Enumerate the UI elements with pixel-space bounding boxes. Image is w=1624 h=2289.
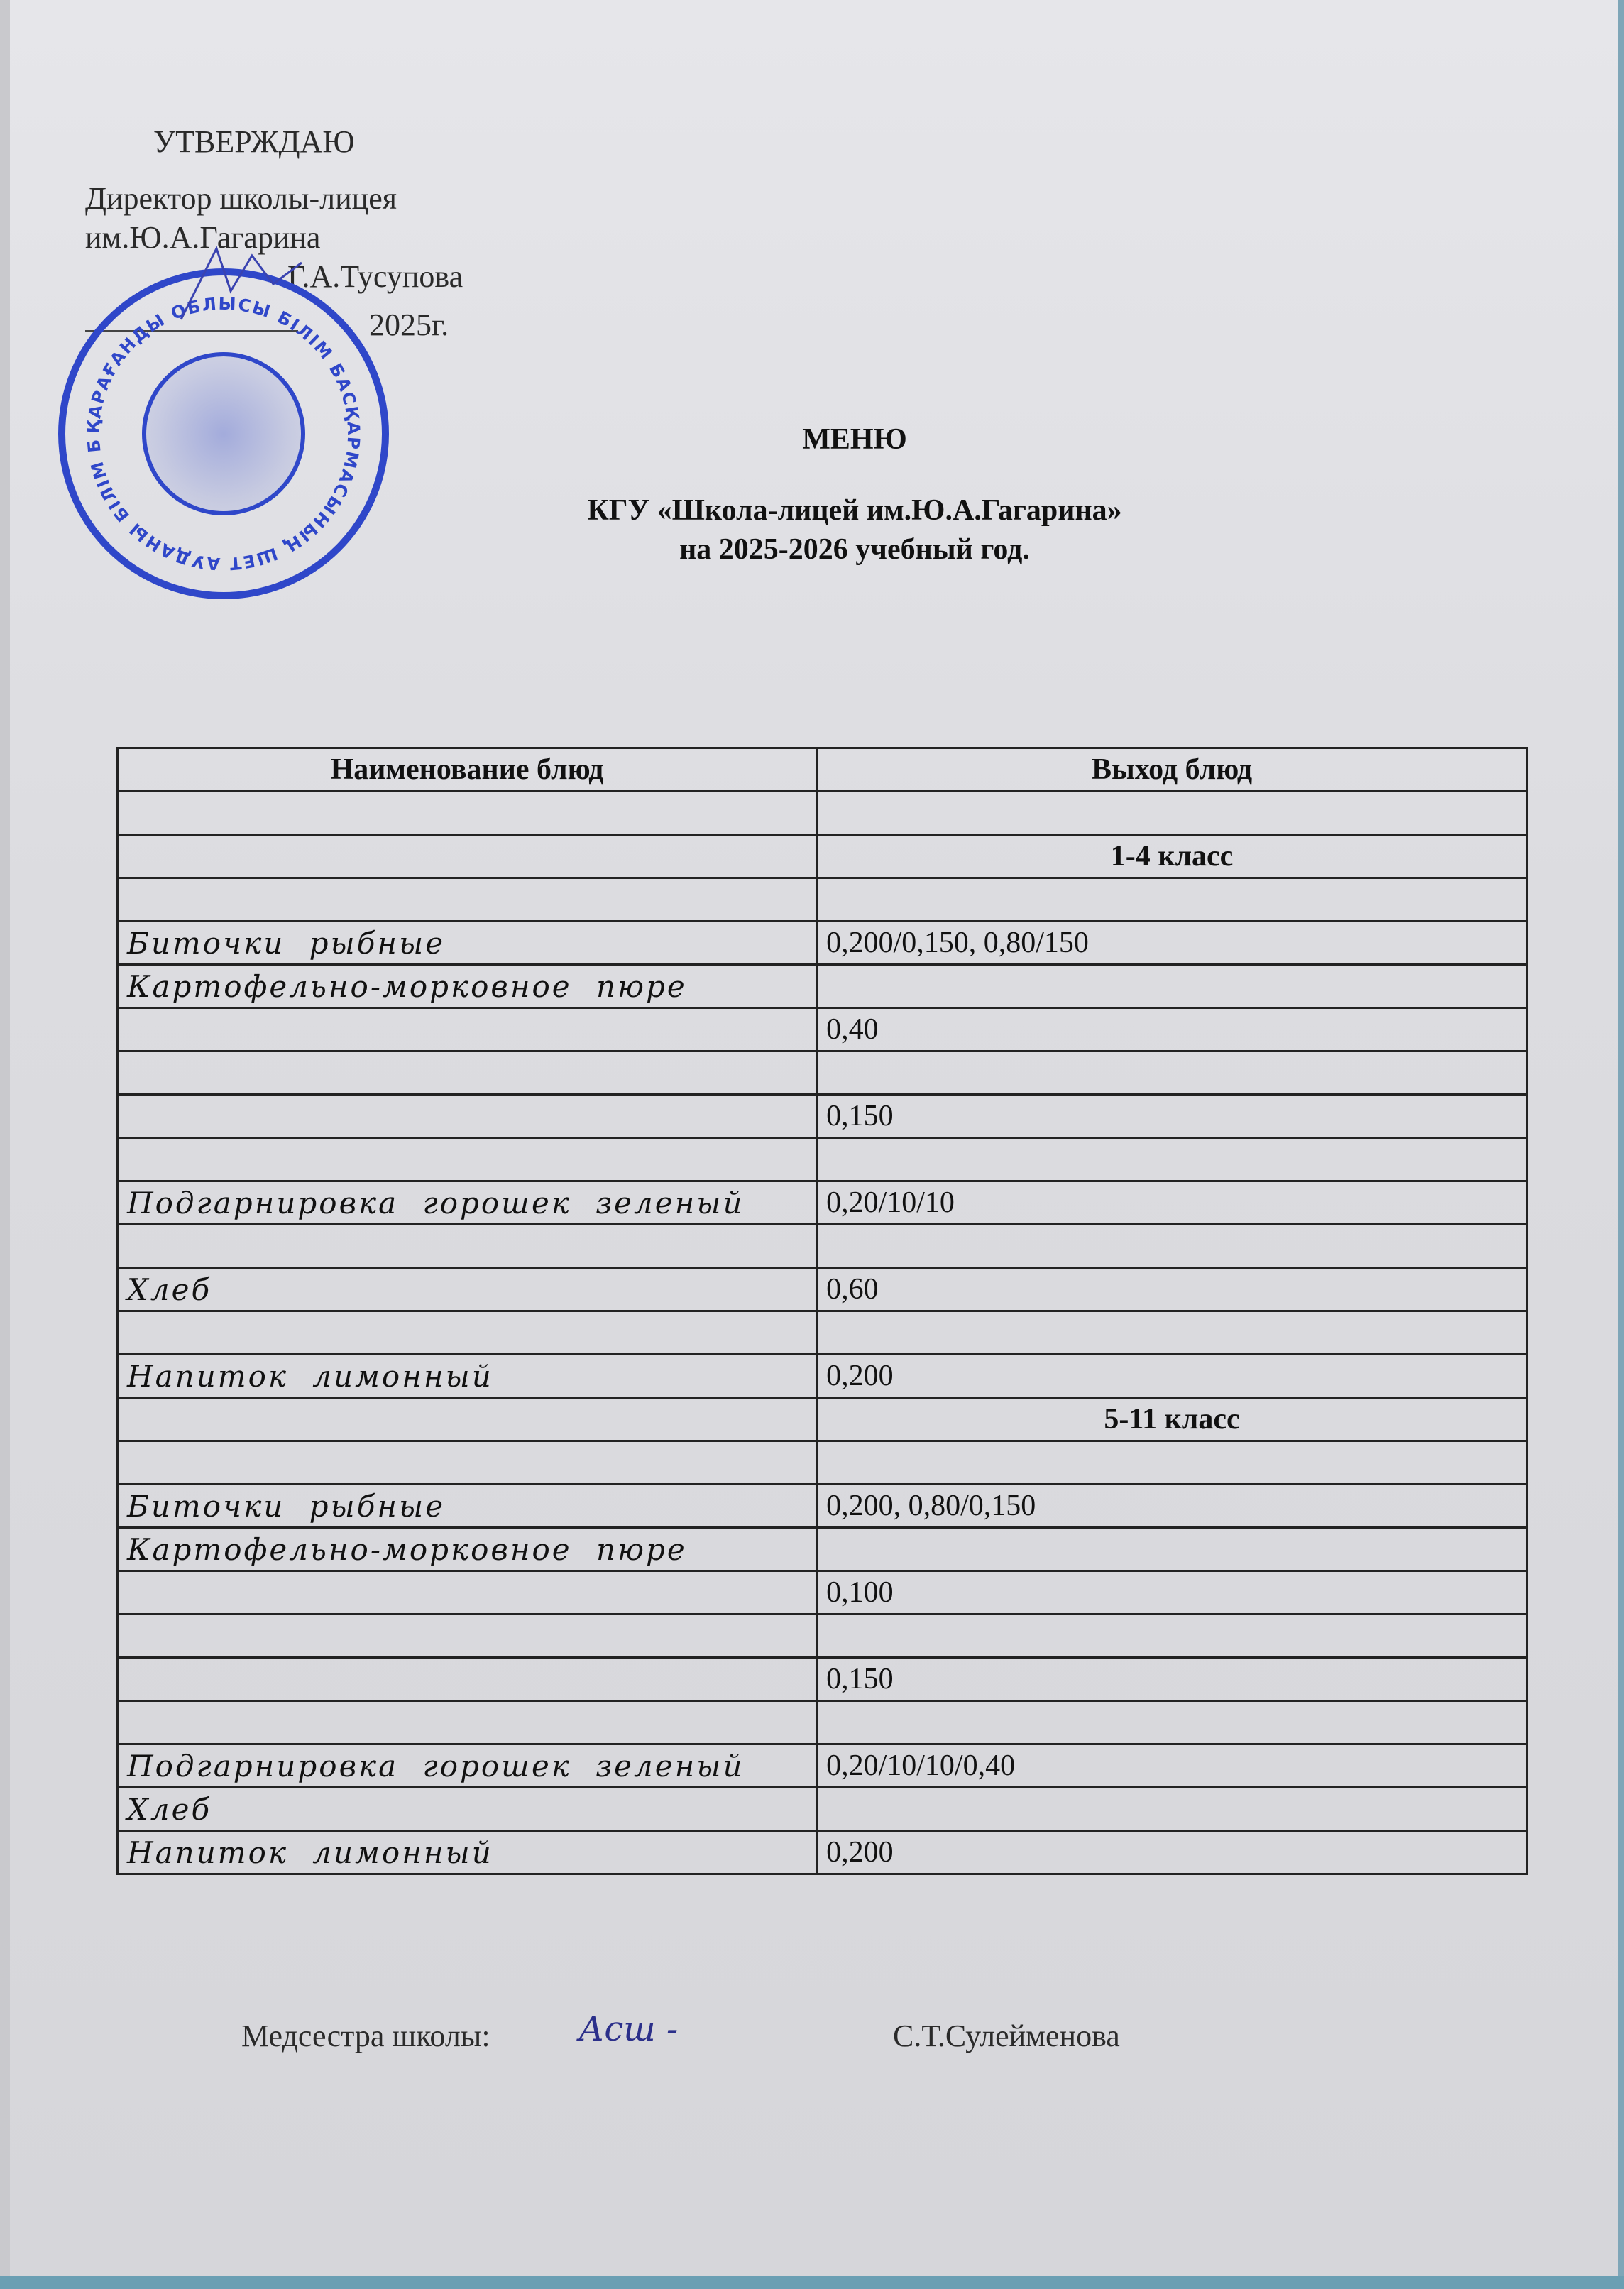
- table-row: [118, 1051, 1527, 1095]
- table-row: Подгарнировка горошек зеленый0,20/10/10: [118, 1181, 1527, 1225]
- table-row: Напиток лимонный0,200: [118, 1355, 1527, 1398]
- portion-cell: [817, 1311, 1527, 1355]
- table-row: Хлеб: [118, 1788, 1527, 1831]
- table-row: 0,40: [118, 1008, 1527, 1051]
- dish-name-cell: Картофельно-морковное пюре: [118, 965, 817, 1008]
- portion-cell: 0,20/10/10/0,40: [817, 1744, 1527, 1788]
- table-row: 0,150: [118, 1095, 1527, 1138]
- portion-cell: [817, 1225, 1527, 1268]
- dish-name-cell: Хлеб: [118, 1268, 817, 1311]
- document-page: УТВЕРЖДАЮ Директор школы-лицея им.Ю.А.Га…: [0, 0, 1618, 2276]
- table-row: [118, 1441, 1527, 1485]
- approval-position: Директор школы-лицея: [85, 181, 397, 217]
- organization-name: КГУ «Школа-лицей им.Ю.А.Гагарина»: [43, 493, 1624, 528]
- table-section-row: 1-4 класс: [118, 835, 1527, 878]
- dish-name-cell: [118, 1225, 817, 1268]
- portion-cell: 0,40: [817, 1008, 1527, 1051]
- portion-cell: [817, 1441, 1527, 1485]
- menu-table: Наименование блюд Выход блюд 1-4 классБи…: [116, 747, 1528, 1875]
- table-row: Напиток лимонный0,200: [118, 1831, 1527, 1874]
- table-row: Подгарнировка горошек зеленый0,20/10/10/…: [118, 1744, 1527, 1788]
- document-title: МЕНЮ: [43, 422, 1624, 457]
- table-row: [118, 1138, 1527, 1181]
- portion-cell: 0,200: [817, 1355, 1527, 1398]
- dish-name-cell: Напиток лимонный: [118, 1355, 817, 1398]
- portion-cell: [817, 1528, 1527, 1571]
- class-group-label: 1-4 класс: [817, 835, 1527, 878]
- table-row: [118, 1311, 1527, 1355]
- dish-name-cell: [118, 1398, 817, 1441]
- dish-name-cell: [118, 878, 817, 922]
- table-row: [118, 1701, 1527, 1744]
- table-row: 0,100: [118, 1571, 1527, 1615]
- nurse-name: С.Т.Сулейменова: [893, 2018, 1120, 2054]
- nurse-signature: Асш -: [578, 2009, 678, 2049]
- approval-title: УТВЕРЖДАЮ: [153, 124, 355, 160]
- table-row: [118, 878, 1527, 922]
- dish-name-cell: Биточки рыбные: [118, 1485, 817, 1528]
- dish-name-cell: Хлеб: [118, 1788, 817, 1831]
- table-row: [118, 1225, 1527, 1268]
- portion-cell: [817, 878, 1527, 922]
- table-section-row: 5-11 класс: [118, 1398, 1527, 1441]
- portion-cell: [817, 1615, 1527, 1658]
- nurse-label: Медсестра школы:: [241, 2018, 490, 2054]
- table-row: [118, 792, 1527, 835]
- portion-cell: 0,100: [817, 1571, 1527, 1615]
- dish-name-cell: Картофельно-морковное пюре: [118, 1528, 817, 1571]
- table-row: Картофельно-морковное пюре: [118, 965, 1527, 1008]
- dish-name-cell: [118, 1008, 817, 1051]
- dish-name-cell: [118, 1701, 817, 1744]
- academic-year: на 2025-2026 учебный год.: [43, 532, 1624, 567]
- column-header-dish: Наименование блюд: [118, 748, 817, 792]
- page-edge-shadow: [0, 0, 10, 2276]
- portion-cell: 0,200/0,150, 0,80/150: [817, 922, 1527, 965]
- dish-name-cell: Биточки рыбные: [118, 922, 817, 965]
- dish-name-cell: [118, 1051, 817, 1095]
- table-row: [118, 1615, 1527, 1658]
- background-surface: [0, 2276, 1624, 2289]
- portion-cell: [817, 1701, 1527, 1744]
- table-row: Биточки рыбные0,200, 0,80/0,150: [118, 1485, 1527, 1528]
- dish-name-cell: [118, 1311, 817, 1355]
- dish-name-cell: [118, 1138, 817, 1181]
- dish-name-cell: [118, 835, 817, 878]
- portion-cell: [817, 1788, 1527, 1831]
- dish-name-cell: [118, 792, 817, 835]
- dish-name-cell: Подгарнировка горошек зеленый: [118, 1181, 817, 1225]
- approval-date: 2025г.: [369, 307, 449, 343]
- table-row: 0,150: [118, 1658, 1527, 1701]
- portion-cell: 0,200, 0,80/0,150: [817, 1485, 1527, 1528]
- director-signature-icon: [167, 234, 309, 334]
- dish-name-cell: [118, 1615, 817, 1658]
- portion-cell: 0,200: [817, 1831, 1527, 1874]
- table-row: Биточки рыбные0,200/0,150, 0,80/150: [118, 922, 1527, 965]
- portion-cell: [817, 792, 1527, 835]
- portion-cell: [817, 965, 1527, 1008]
- table-row: Хлеб0,60: [118, 1268, 1527, 1311]
- portion-cell: 0,60: [817, 1268, 1527, 1311]
- portion-cell: 0,20/10/10: [817, 1181, 1527, 1225]
- portion-cell: 0,150: [817, 1658, 1527, 1701]
- class-group-label: 5-11 класс: [817, 1398, 1527, 1441]
- table-row: Картофельно-морковное пюре: [118, 1528, 1527, 1571]
- dish-name-cell: [118, 1658, 817, 1701]
- portion-cell: [817, 1138, 1527, 1181]
- portion-cell: [817, 1051, 1527, 1095]
- portion-cell: 0,150: [817, 1095, 1527, 1138]
- column-header-portion: Выход блюд: [817, 748, 1527, 792]
- dish-name-cell: [118, 1441, 817, 1485]
- dish-name-cell: [118, 1095, 817, 1138]
- dish-name-cell: Напиток лимонный: [118, 1831, 817, 1874]
- table-header-row: Наименование блюд Выход блюд: [118, 748, 1527, 792]
- dish-name-cell: Подгарнировка горошек зеленый: [118, 1744, 817, 1788]
- dish-name-cell: [118, 1571, 817, 1615]
